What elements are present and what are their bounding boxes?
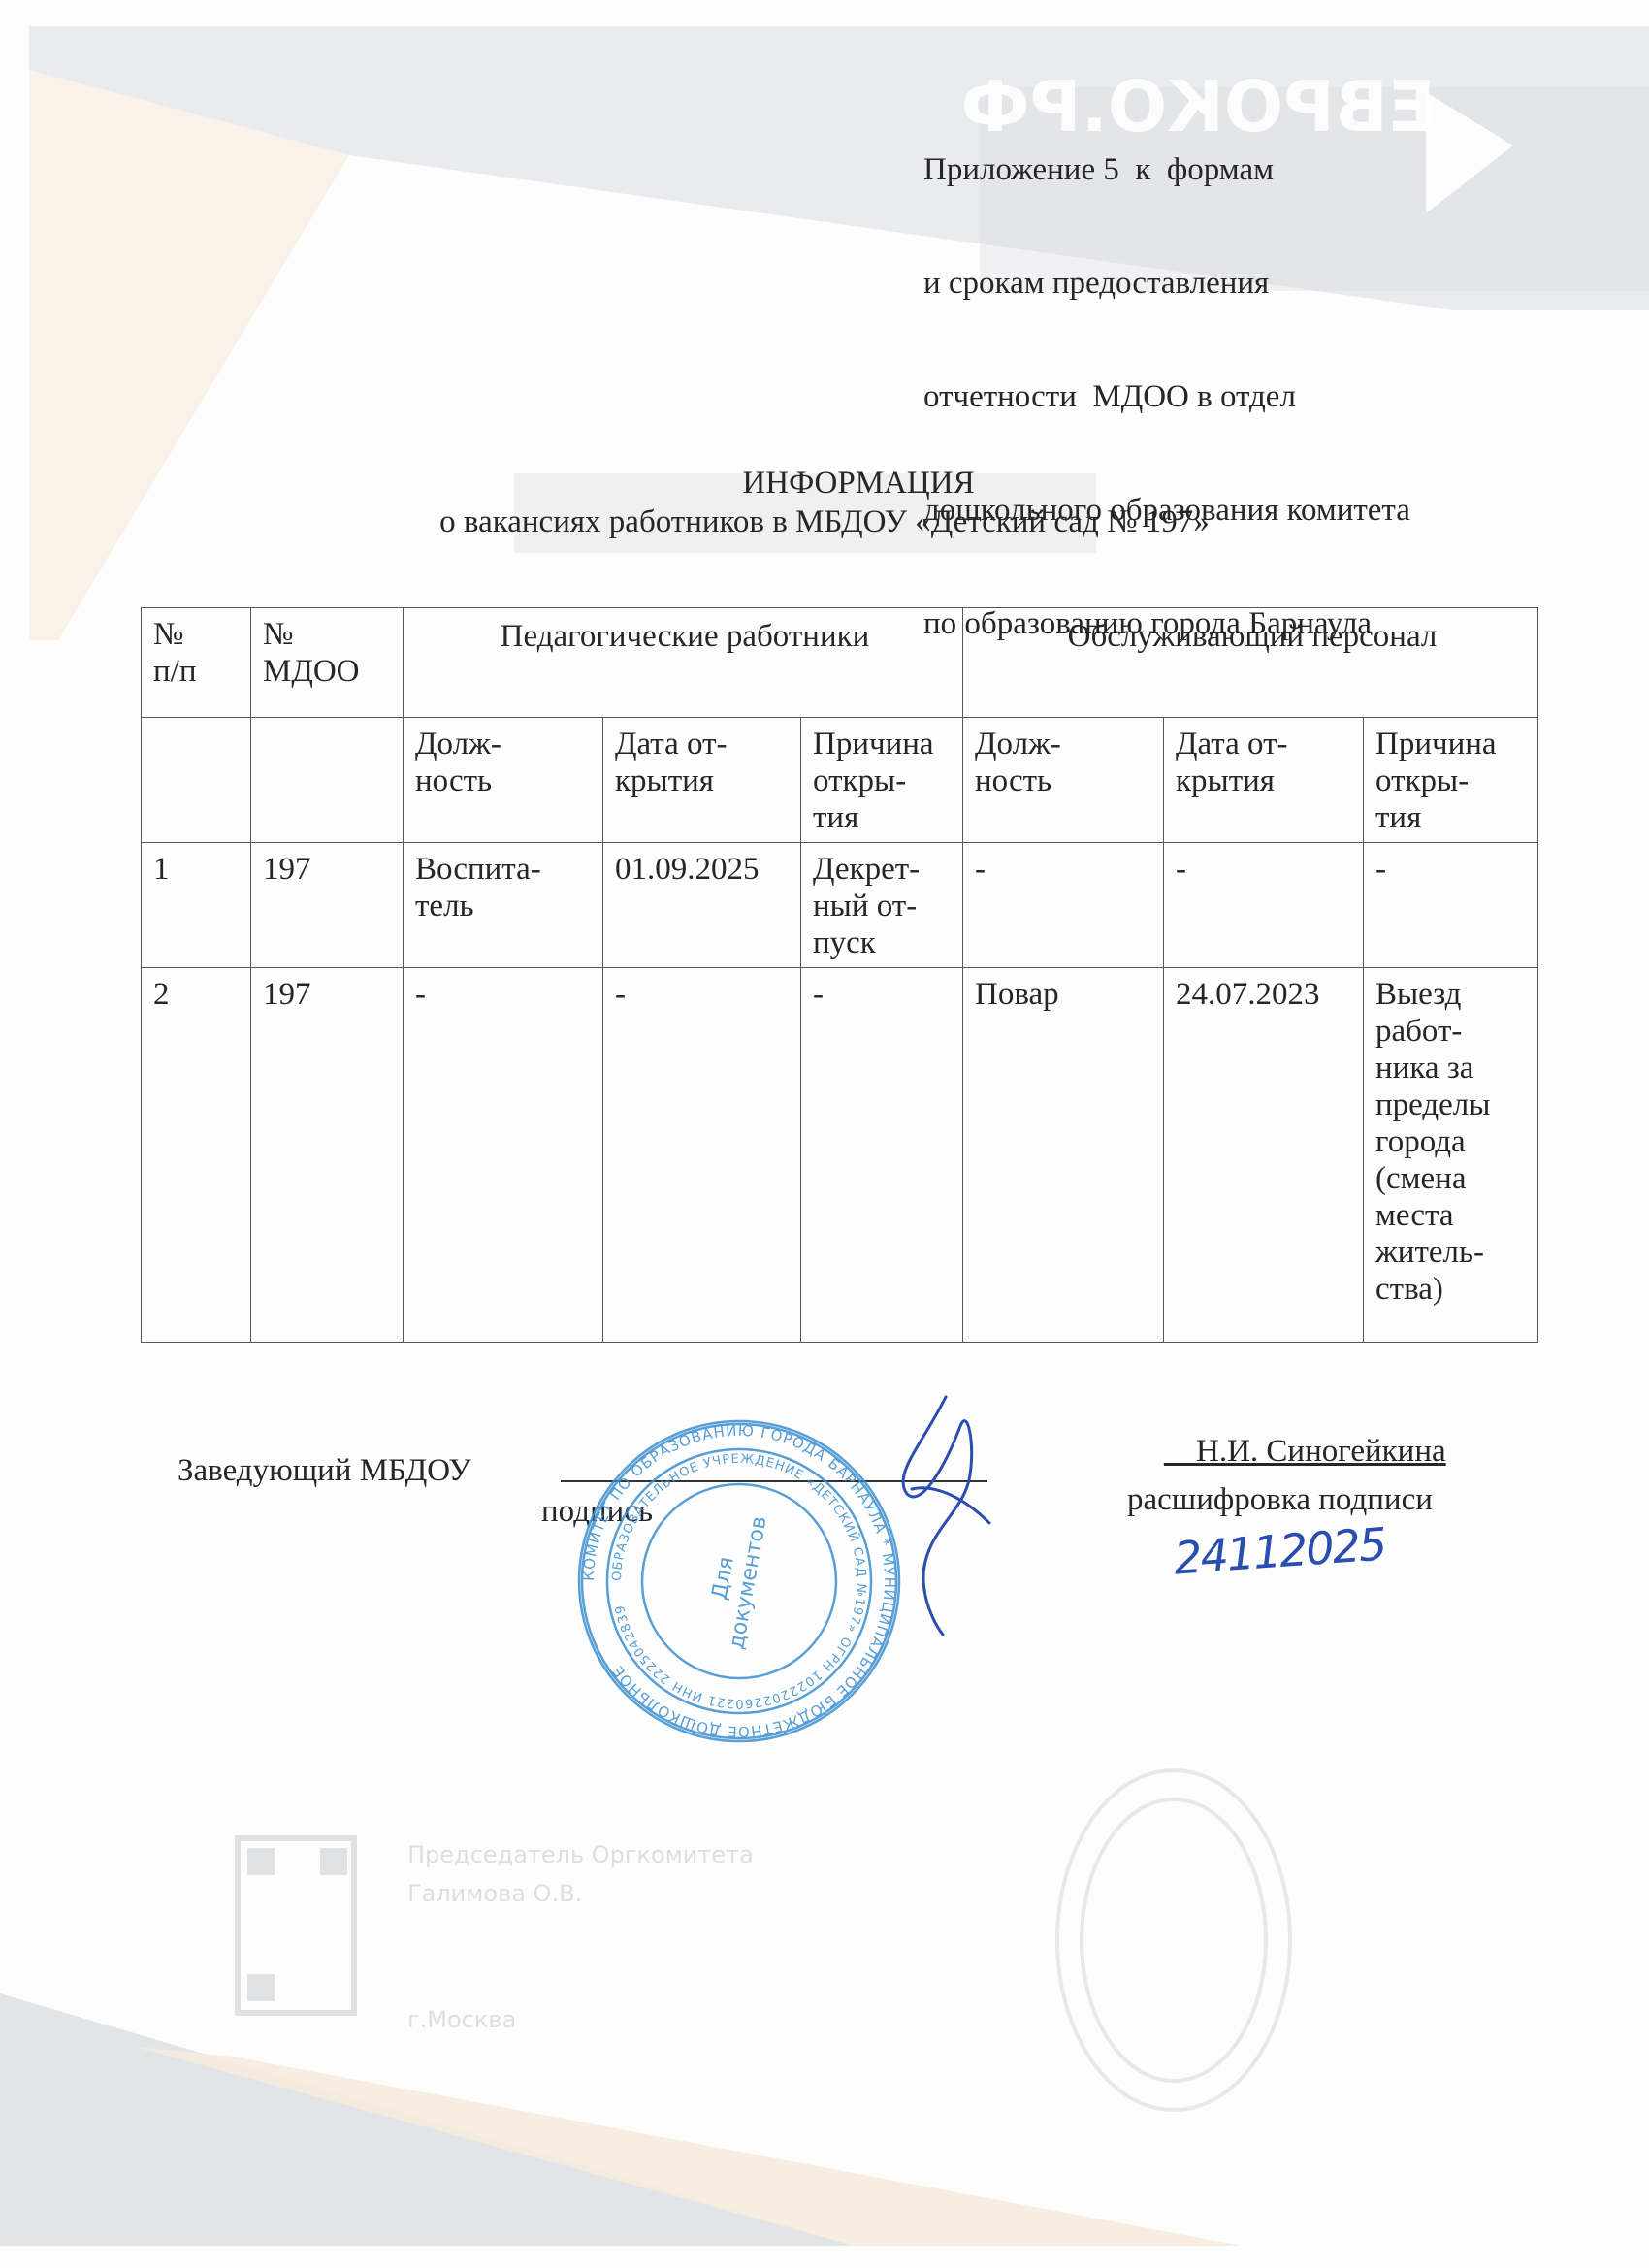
handwritten-date: 24112025 — [1172, 1517, 1386, 1584]
document-heading: ИНФОРМАЦИЯ о вакансиях работников в МБДО… — [0, 464, 1649, 541]
cell-ped-position: Воспита-тель — [404, 843, 603, 968]
subheader-ped-date: Дата от-крытия — [603, 718, 801, 843]
subheader-ped-position: Долж-ность — [404, 718, 603, 843]
cell-mdoo: 197 — [251, 968, 404, 1343]
handwritten-signature-icon — [854, 1387, 999, 1639]
appendix-line: и срокам предоставления — [923, 265, 1410, 303]
header-service: Обслуживающий персонал — [963, 608, 1538, 718]
cell-num: 1 — [142, 843, 251, 968]
cell-srv-date: 24.07.2023 — [1164, 968, 1364, 1343]
table-header-row: № п/п № МДОО Педагогические работники Об… — [142, 608, 1538, 718]
cell-num: 2 — [142, 968, 251, 1343]
cell-ped-position: - — [404, 968, 603, 1343]
table-row: 2 197 - - - Повар 24.07.2023 Выезд работ… — [142, 968, 1538, 1343]
cell-ped-reason: - — [801, 968, 963, 1343]
document-title: ИНФОРМАЦИЯ — [0, 464, 1649, 502]
subheader-srv-reason: Причинаоткры-тия — [1364, 718, 1538, 843]
appendix-line: Приложение 5 к формам — [923, 151, 1410, 189]
appendix-line: отчетности МДОО в отдел — [923, 378, 1410, 416]
document-subtitle: о вакансиях работников в МБДОУ «Детский … — [0, 502, 1649, 541]
name-caption: расшифровка подписи — [1127, 1482, 1433, 1518]
header-pedagogical: Педагогические работники — [404, 608, 963, 718]
cell-srv-reason: Выезд работ- ника за пределы города (сме… — [1364, 968, 1538, 1343]
cell-srv-position: Повар — [963, 968, 1164, 1343]
subheader-srv-date: Дата от-крытия — [1164, 718, 1364, 843]
table-subheader-row: Долж-ность Дата от-крытия Причинаоткры-т… — [142, 718, 1538, 843]
table-row: 1 197 Воспита-тель 01.09.2025 Декрет-ный… — [142, 843, 1538, 968]
cell-ped-date: - — [603, 968, 801, 1343]
cell-ped-date: 01.09.2025 — [603, 843, 801, 968]
cell-srv-reason: - — [1364, 843, 1538, 968]
header-mdoo: № МДОО — [251, 608, 404, 718]
vacancies-table: № п/п № МДОО Педагогические работники Об… — [141, 607, 1538, 1343]
subheader-srv-position: Долж-ность — [963, 718, 1164, 843]
header-num: № п/п — [142, 608, 251, 718]
cell-srv-position: - — [963, 843, 1164, 968]
cell-ped-reason: Декрет-ный от-пуск — [801, 843, 963, 968]
document-page: Приложение 5 к формам и срокам предостав… — [0, 0, 1649, 2268]
signer-role: Заведующий МБДОУ — [178, 1453, 471, 1489]
subheader-ped-reason: Причинаоткры-тия — [801, 718, 963, 843]
cell-mdoo: 197 — [251, 843, 404, 968]
signer-name: __Н.И. Синогейкина — [1164, 1434, 1446, 1470]
cell-srv-date: - — [1164, 843, 1364, 968]
